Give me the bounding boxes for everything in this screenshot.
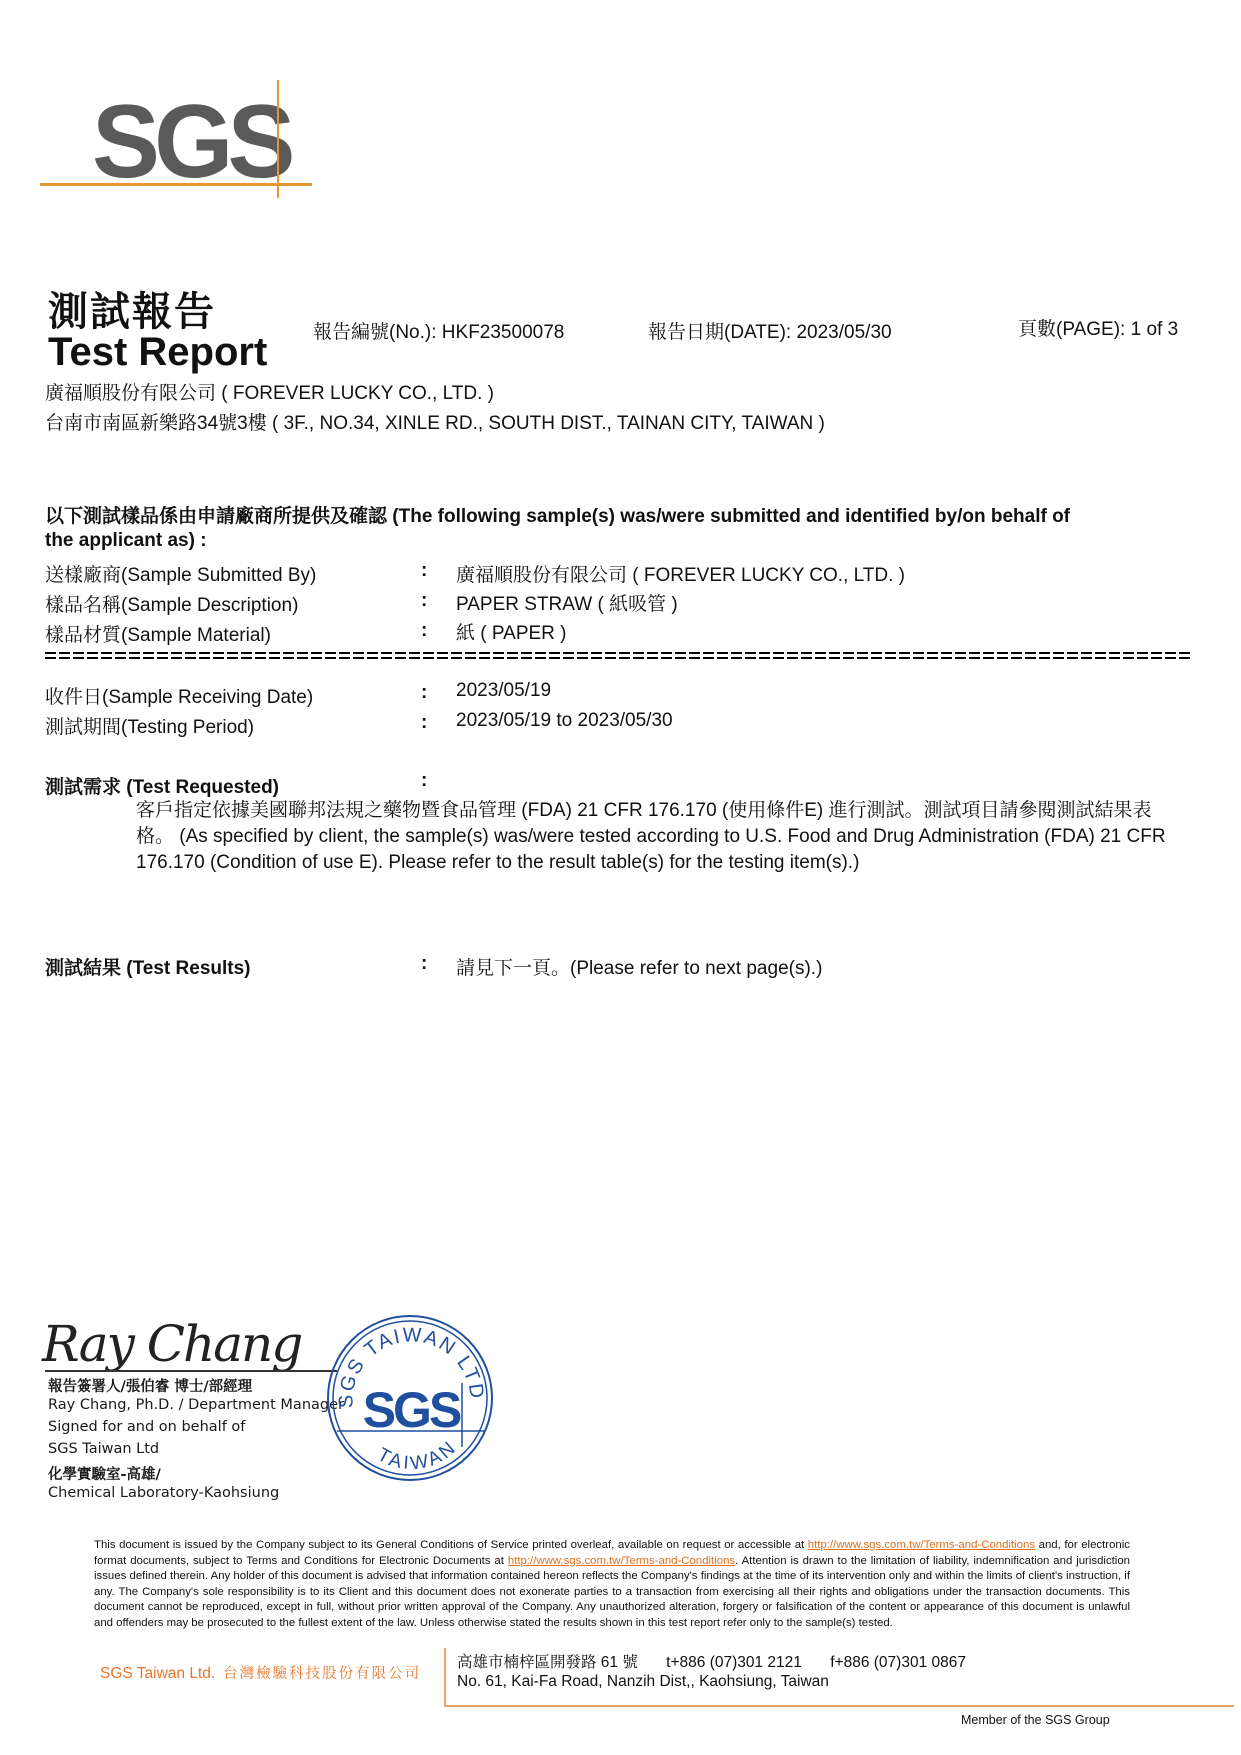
page-value: 1 of 3	[1131, 319, 1179, 340]
applicant-name: 廣福順股份有限公司 ( FOREVER LUCKY CO., LTD. )	[45, 378, 494, 405]
field-colon: :	[421, 712, 427, 734]
field-value-receiving-date: 2023/05/19	[456, 680, 551, 702]
footer-divider-horizontal	[444, 1705, 1234, 1707]
field-label-description: 樣品名稱(Sample Description)	[45, 590, 298, 617]
signature-handwriting: Ray Chang	[42, 1315, 301, 1373]
footer-address-zh: 高雄市楠梓區開發路 61 號	[457, 1654, 638, 1671]
sgs-logo: SGS	[40, 80, 330, 200]
logo-horizontal-rule	[40, 183, 312, 186]
report-date: 報告日期(DATE): 2023/05/30	[648, 317, 892, 344]
field-colon: :	[421, 560, 427, 582]
footer-address-en: No. 61, Kai-Fa Road, Nanzih Dist,, Kaohs…	[457, 1673, 829, 1691]
field-value-submitted-by: 廣福順股份有限公司 ( FOREVER LUCKY CO., LTD. )	[456, 560, 905, 587]
field-label-submitted-by: 送樣廠商(Sample Submitted By)	[45, 560, 316, 587]
signatory-name: Ray Chang, Ph.D. / Department Manager	[48, 1397, 344, 1413]
report-date-label: 報告日期(DATE):	[648, 322, 791, 343]
legal-disclaimer: This document is issued by the Company s…	[94, 1538, 1130, 1632]
signatory-zh: 報告簽署人/張伯睿 博士/部經理	[48, 1375, 252, 1396]
terms-link-electronic[interactable]: http://www.sgs.com.tw/Terms-and-Conditio…	[508, 1555, 735, 1567]
field-colon: :	[421, 682, 427, 704]
footer-phone: t+886 (07)301 2121	[666, 1654, 802, 1671]
field-colon: :	[421, 953, 427, 975]
field-label-testing-period: 測試期間(Testing Period)	[45, 712, 254, 739]
applicant-address: 台南市南區新樂路34號3樓 ( 3F., NO.34, XINLE RD., S…	[45, 408, 825, 435]
sample-intro-line1: 以下測試樣品係由申請廠商所提供及確認 (The following sample…	[45, 501, 1070, 528]
field-colon: :	[421, 770, 427, 792]
svg-text:SGS: SGS	[363, 1382, 461, 1438]
test-results-label: 測試結果 (Test Results)	[45, 953, 251, 980]
signatory-behalf: Signed for and on behalf of	[48, 1419, 245, 1435]
field-colon: :	[421, 590, 427, 612]
test-requested-label: 測試需求 (Test Requested)	[45, 772, 279, 799]
footer-fax: f+886 (07)301 0867	[830, 1654, 966, 1671]
page-indicator: 頁數(PAGE): 1 of 3	[1018, 314, 1178, 341]
test-requested-text: 客戶指定依據美國聯邦法規之藥物暨食品管理 (FDA) 21 CFR 176.17…	[136, 798, 1186, 876]
field-colon: :	[421, 620, 427, 642]
logo-vertical-rule	[277, 80, 279, 198]
member-of-sgs-group: Member of the SGS Group	[961, 1713, 1110, 1727]
field-value-description: PAPER STRAW ( 紙吸管 )	[456, 589, 678, 616]
footer-company-zh: 台灣檢驗科技股份有限公司	[223, 1666, 421, 1682]
page-label: 頁數(PAGE):	[1018, 319, 1125, 340]
sample-intro-line2: the applicant as) :	[45, 530, 207, 552]
title-en: Test Report	[48, 330, 267, 375]
signatory-company: SGS Taiwan Ltd	[48, 1441, 159, 1457]
signatory-lab-en: Chemical Laboratory-Kaohsiung	[48, 1485, 279, 1501]
report-number-value: HKF23500078	[442, 322, 565, 343]
test-results-value: 請見下一頁。(Please refer to next page(s).)	[456, 953, 822, 980]
field-label-material: 樣品材質(Sample Material)	[45, 620, 271, 647]
sgs-taiwan-stamp-icon: SGS TAIWAN LTD TAIWAN SGS	[325, 1313, 495, 1483]
svg-text:TAIWAN: TAIWAN	[374, 1436, 462, 1474]
footer-contact-line: 高雄市楠梓區開發路 61 號 t+886 (07)301 2121 f+886 …	[457, 1650, 966, 1672]
signatory-lab-zh: 化學實驗室-高雄/	[48, 1463, 161, 1484]
report-date-value: 2023/05/30	[796, 322, 891, 343]
terms-link[interactable]: http://www.sgs.com.tw/Terms-and-Conditio…	[808, 1539, 1035, 1551]
separator-line	[45, 649, 1190, 661]
footer-company: SGS Taiwan Ltd.台灣檢驗科技股份有限公司	[100, 1662, 421, 1683]
title-zh: 測試報告	[48, 280, 216, 337]
field-value-material: 紙 ( PAPER )	[456, 618, 567, 645]
footer-company-en: SGS Taiwan Ltd.	[100, 1665, 215, 1682]
sgs-logo-text: SGS	[92, 90, 290, 194]
field-value-testing-period: 2023/05/19 to 2023/05/30	[456, 710, 673, 732]
report-number-label: 報告編號(No.):	[313, 322, 437, 343]
report-number: 報告編號(No.): HKF23500078	[313, 317, 564, 344]
field-label-receiving-date: 收件日(Sample Receiving Date)	[45, 682, 313, 709]
signature-line	[45, 1370, 337, 1372]
footer-divider-vertical	[444, 1648, 446, 1706]
